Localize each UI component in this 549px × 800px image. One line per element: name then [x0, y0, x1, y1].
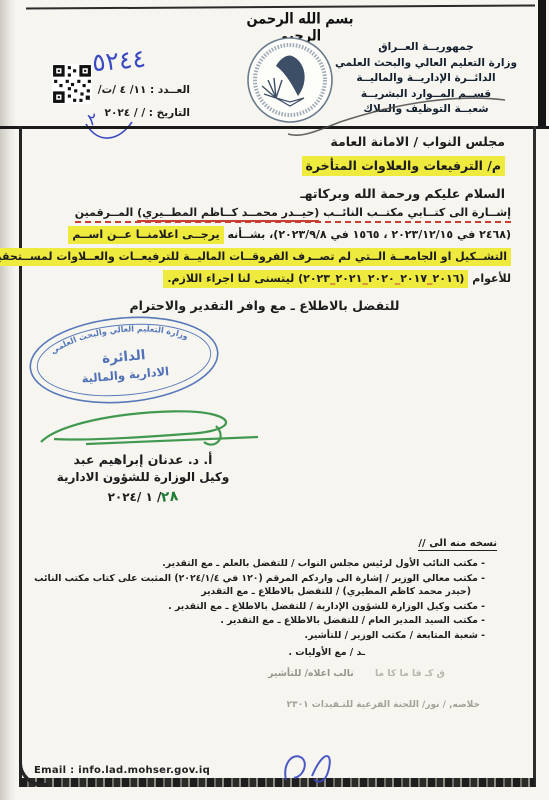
- faded-stamp-line: ق كـ قا ما كا ما نالب اعلاه/ للتأشير: [30, 667, 445, 681]
- years-label: للأعوام: [468, 272, 511, 285]
- greeting-line: السلام عليكم ورحمة الله وبركاتهـ: [300, 186, 505, 201]
- signature-date-printed: / ١ /٢٠٢٤: [108, 490, 162, 504]
- official-stamp-icon: وزارة التعليم العالي والبحث العلمي الدائ…: [20, 305, 227, 414]
- top-border-line: [26, 4, 535, 9]
- years-highlight: (٢٠١٦_٢٠١٧_٢٠٢٠_٢٠٢١_٢٠٢٣) ليتسنى لنا اج…: [163, 270, 468, 288]
- years-open-paren: (: [459, 272, 464, 285]
- faded-stamp-fragments: ق كـ قا ما كا ما: [375, 668, 445, 679]
- body-line-2: (٢٤٦٨ في ٢٠٢٣/١٢/١٥ ، ١٥٦٥ في ٢٠٢٣/٩/٨)،…: [68, 228, 511, 241]
- recipient-line: مجلس النواب / الامانة العامة: [330, 134, 505, 149]
- copy-item: - مكتب وكيل الوزارة للشؤون الإدارية / لل…: [30, 600, 485, 614]
- handwritten-date-stroke: [84, 118, 136, 148]
- page-frame-right: [533, 126, 536, 787]
- scan-left-edge: [0, 0, 16, 800]
- body-line-1-underlined: إشــارة الى كتــابي مكتــب النائــب (حيـ…: [75, 206, 511, 223]
- body-line-3-highlight: التشــكيل او الجامعــة الــتي لم تصــرف …: [0, 248, 511, 266]
- body-line-4-post: ليتسنى لنا اجراء اللازم.: [167, 272, 298, 285]
- signature-date-handwritten: ٢٨: [161, 488, 180, 506]
- subject-line: م/ الترفيعات والعلاوات المتأخرة: [302, 158, 505, 173]
- reference-numbers: (٢٤٦٨ في ٢٠٢٣/١٢/١٥ ، ١٥٦٥ في ٢٠٢٣/٩/٨): [273, 228, 511, 241]
- stamp-line-2: الادارية والمالية: [81, 364, 170, 387]
- body-line-1: إشــارة الى كتــابي مكتــب النائــب (حيـ…: [75, 206, 511, 219]
- letter-number-label: العــدد : ١١/ ٤ /ت/: [56, 84, 190, 96]
- body-line-3: التشــكيل او الجامعــة الــتي لم تصــرف …: [0, 250, 511, 263]
- body-line-1-pre: إشــارة الى كتــابي مكتــب النائــب: [319, 206, 511, 219]
- copies-heading: نسخه منه الى //: [418, 538, 497, 551]
- years-list: ٢٠١٦_٢٠١٧_٢٠٢٠_٢٠٢١_٢٠٢٣: [303, 272, 459, 285]
- signatory-name: أ. د. عدنان إبراهيم عبد: [30, 452, 256, 467]
- body-line-2-mid: ، بشــأنه: [224, 228, 274, 241]
- deputy-name: (حيــدر محمــد كــاظم المطــيري): [137, 206, 319, 222]
- scan-right-bar: [538, 0, 546, 126]
- copy-item: - مكتب السيد المدير العام / للتفضل بالاط…: [30, 614, 485, 628]
- faded-stamp-text: نالب اعلاه/ للتأشير: [268, 668, 354, 679]
- copies-list: - مكتب النائب الأول لرئيس مجلس النواب / …: [30, 557, 485, 680]
- body-line-4: للأعوام (٢٠١٦_٢٠١٧_٢٠٢٠_٢٠٢١_٢٠٢٣) ليتسن…: [163, 272, 511, 285]
- department-name: الدائــرة الإداريــة والماليــة: [321, 71, 531, 87]
- signatory-title: وكيل الوزارة للشؤون الادارية: [30, 470, 256, 484]
- signature-date: ٢٨/ ١ /٢٠٢٤: [30, 489, 256, 505]
- stamp-line-1: الدائرة: [101, 347, 146, 367]
- copy-item: - مكتب النائب الأول لرئيس مجلس النواب / …: [30, 557, 485, 571]
- email-footer: Email : info.lad.mohser.gov.iq: [34, 765, 210, 776]
- closing-line: للتفضل بالاطلاع ـ مع وافر التقدير والاحت…: [90, 298, 439, 313]
- handwritten-mark-icon: [278, 746, 340, 792]
- ministry-name: وزارة التعليم العالي والبحث العلمي: [321, 56, 531, 72]
- faint-footer-note: خلاصه, / نور/ اللجنة الفرعية للتـفيدات ٢…: [150, 700, 480, 710]
- handwritten-ref-number: ٥٢٤٤: [91, 44, 147, 78]
- scanned-letter-page: جمهوريــة العــراق وزارة التعليم العالي …: [0, 0, 549, 800]
- copies-extra-note: ـد / مع الأوليات .: [30, 646, 365, 660]
- body-line-2-highlight: يرجــى اعلامنــا عــن اســم: [68, 226, 223, 244]
- page-frame-left: [19, 126, 22, 787]
- copy-item: - مكتب معالي الوزير / إشارة الى واردكم ا…: [30, 572, 485, 599]
- copy-item: - شعبة المتابعة / مكتب الوزير / للتأشير.: [30, 629, 485, 643]
- subject-highlight: م/ الترفيعات والعلاوات المتأخرة: [302, 156, 505, 176]
- body-line-1-post: المــرقمين: [75, 206, 137, 219]
